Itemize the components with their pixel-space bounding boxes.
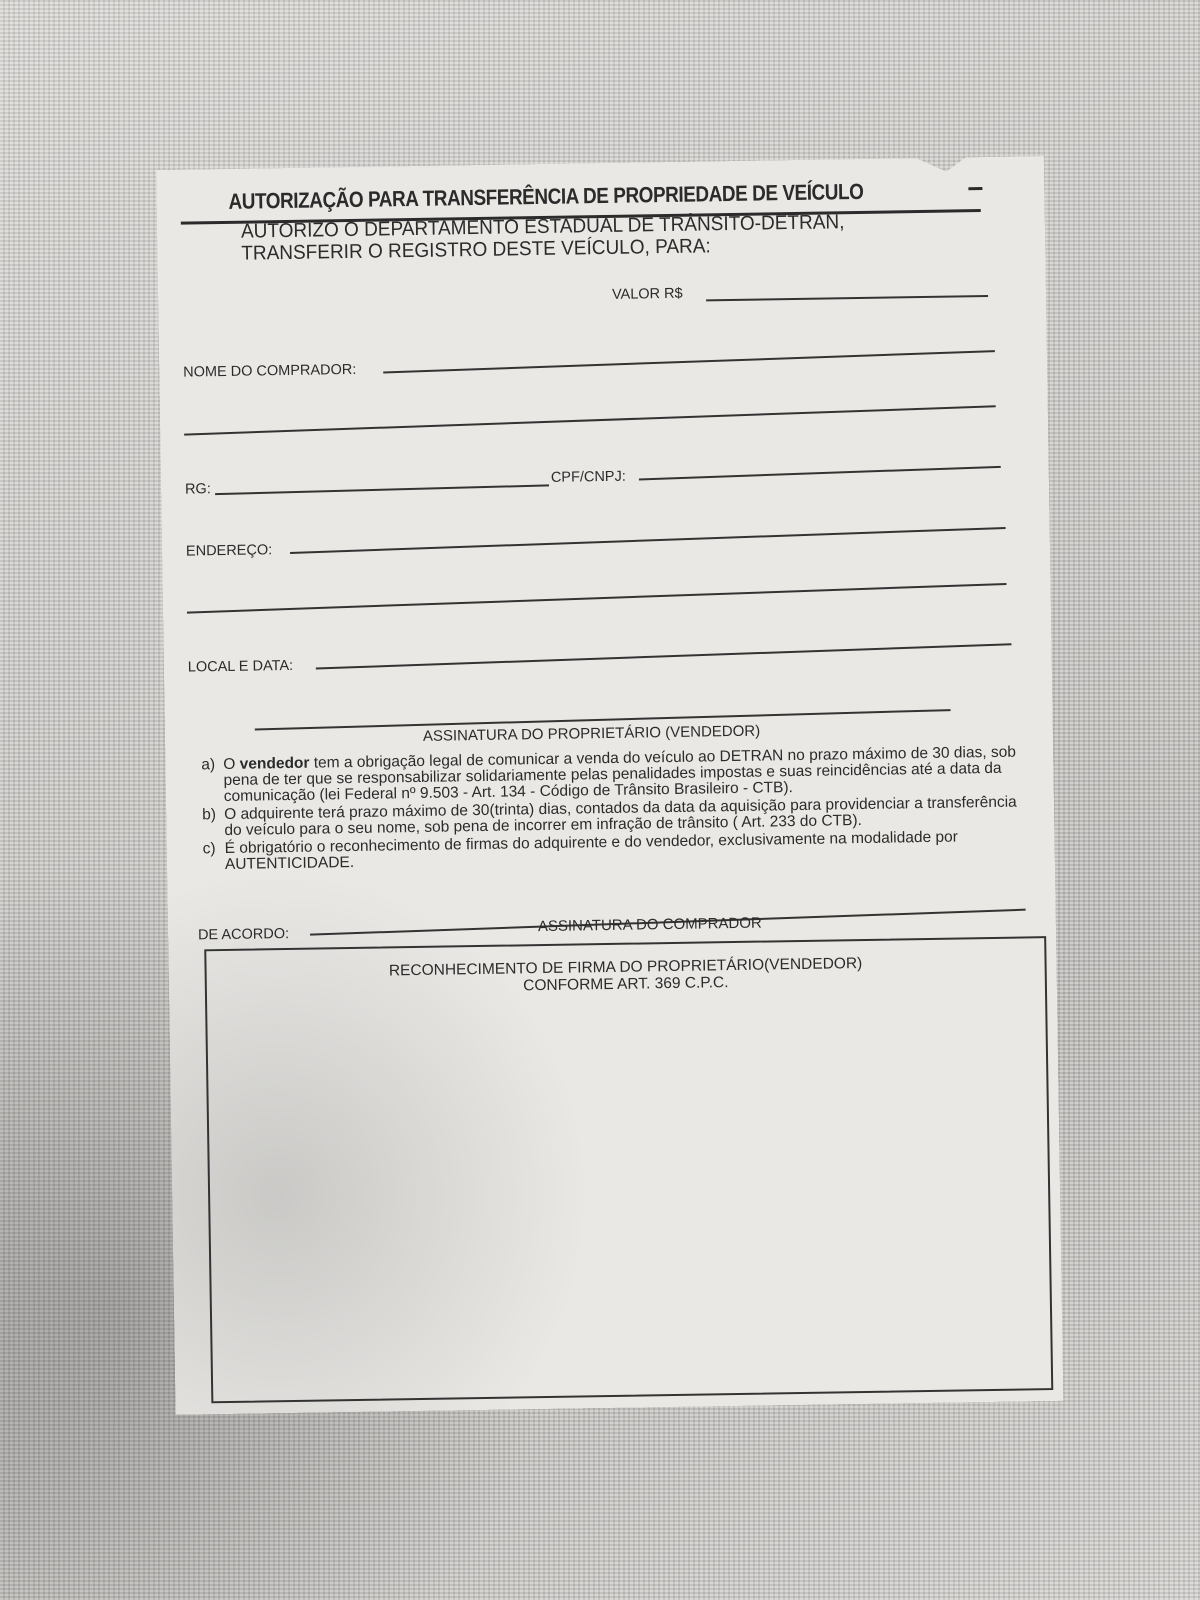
valor-field[interactable] xyxy=(706,295,988,301)
legal-notes: a) O vendedor tem a obrigação legal de c… xyxy=(201,744,1023,873)
cpf-cnpj-label: CPF/CNPJ: xyxy=(551,469,626,486)
endereco-field[interactable] xyxy=(290,527,1006,554)
notary-recognition-box: RECONHECIMENTO DE FIRMA DO PROPRIETÁRIO(… xyxy=(204,936,1053,1403)
valor-label: VALOR R$ xyxy=(612,286,683,303)
de-acordo-label: DE ACORDO: xyxy=(198,926,289,943)
note-b-marker: b) xyxy=(202,807,216,823)
note-a-marker: a) xyxy=(201,757,215,773)
rg-label: RG: xyxy=(185,481,211,497)
local-data-label: LOCAL E DATA: xyxy=(188,658,294,676)
endereco-label: ENDEREÇO: xyxy=(186,542,272,559)
buyer-signature-caption: ASSINATURA DO COMPRADOR xyxy=(538,915,762,936)
local-data-field[interactable] xyxy=(316,643,1012,669)
authorization-intro: AUTORIZO O DEPARTAMENTO ESTADUAL DE TRÂN… xyxy=(241,211,845,264)
nome-comprador-label: NOME DO COMPRADOR: xyxy=(183,362,356,381)
endereco-field-line2[interactable] xyxy=(187,583,1007,614)
vehicle-transfer-form: AUTORIZAÇÃO PARA TRANSFERÊNCIA DE PROPRI… xyxy=(156,156,1063,1415)
title-rule-end xyxy=(968,187,982,190)
form-title: AUTORIZAÇÃO PARA TRANSFERÊNCIA DE PROPRI… xyxy=(228,179,863,215)
seller-signature-caption: ASSINATURA DO PROPRIETÁRIO (VENDEDOR) xyxy=(423,723,760,745)
nome-comprador-field-line2[interactable] xyxy=(184,405,996,435)
note-c-marker: c) xyxy=(203,841,216,857)
notary-box-title: RECONHECIMENTO DE FIRMA DO PROPRIETÁRIO(… xyxy=(206,952,1044,999)
rg-field[interactable] xyxy=(215,484,549,495)
nome-comprador-field[interactable] xyxy=(383,350,995,373)
note-a-prefix: O xyxy=(223,756,240,773)
cpf-cnpj-field[interactable] xyxy=(639,466,1001,481)
